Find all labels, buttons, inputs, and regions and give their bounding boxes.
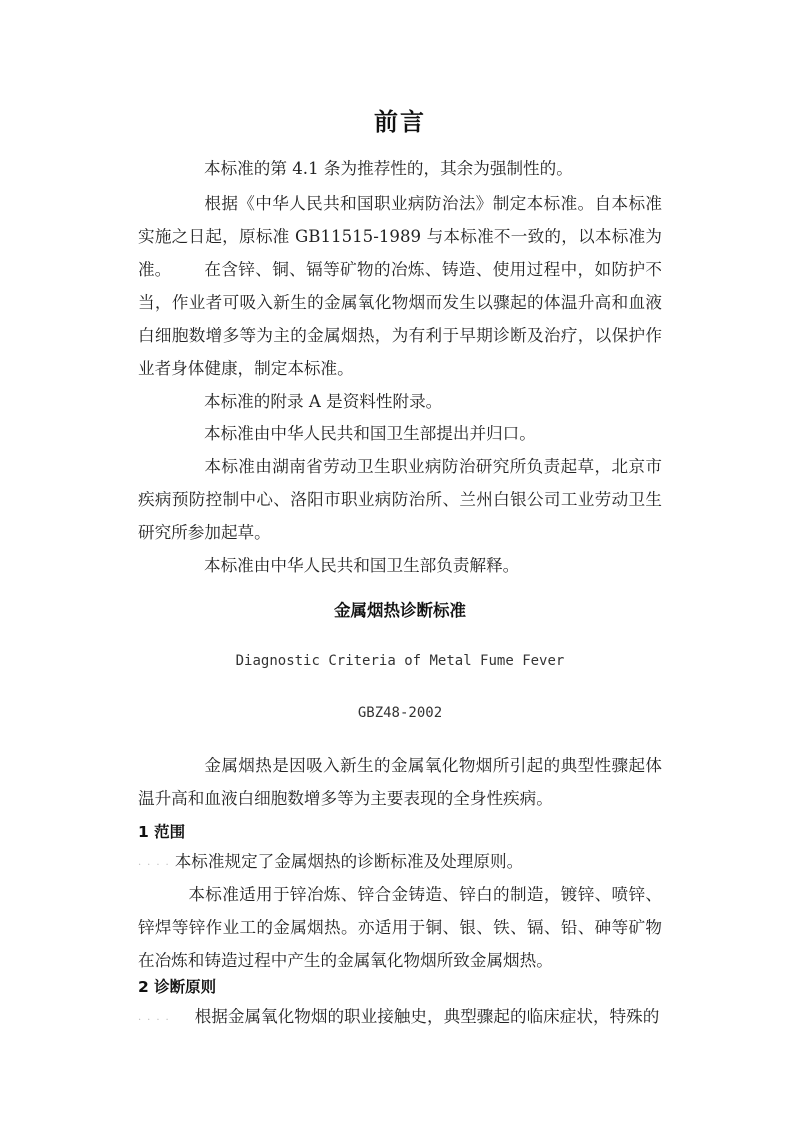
standard-code: GBZ48-2002 (0, 705, 800, 721)
foreword-paragraph-7: 本标准由中华人民共和国卫生部负责解释。 (138, 549, 662, 582)
scope-paragraph-1: ....本标准规定了金属烟热的诊断标准及处理原则。 (138, 845, 662, 879)
diagnosis-paragraph-1: ....根据金属氧化物烟的职业接触史，典型骤起的临床症状，特殊的 (138, 1000, 662, 1034)
foreword-paragraph-1: 本标准的第 4.1 条为推荐性的，其余为强制性的。 (138, 152, 662, 185)
foreword-paragraph-4: 本标准的附录 A 是资料性附录。 (138, 385, 662, 418)
foreword-paragraph-5: 本标准由中华人民共和国卫生部提出并归口。 (138, 417, 662, 450)
foreword-paragraph-3: 在含锌、铜、镉等矿物的冶炼、铸造、使用过程中，如防护不当，作业者可吸入新生的金属… (138, 253, 662, 385)
standard-title-en: Diagnostic Criteria of Metal Fume Fever (0, 653, 800, 669)
leader-dots: .... (138, 857, 175, 868)
standard-title-cn: 金属烟热诊断标准 (0, 597, 800, 621)
scope-paragraph-2: 本标准适用于锌冶炼、锌合金铸造、锌白的制造，镀锌、喷锌、锌焊等锌作业工的金属烟热… (138, 878, 662, 977)
section-heading-diagnosis-principle: 2 诊断原则 (138, 975, 216, 997)
standard-intro: 金属烟热是因吸入新生的金属氧化物烟所引起的典型性骤起体温升高和血液白细胞数增多等… (138, 749, 662, 815)
section-heading-scope: 1 范围 (138, 820, 185, 842)
leader-dots: .... (138, 1012, 175, 1023)
document-page: 前言 本标准的第 4.1 条为推荐性的，其余为强制性的。 根据《中华人民共和国职… (0, 0, 800, 1133)
foreword-title: 前言 (0, 102, 800, 137)
foreword-paragraph-6: 本标准由湖南省劳动卫生职业病防治研究所负责起草，北京市疾病预防控制中心、洛阳市职… (138, 450, 662, 549)
